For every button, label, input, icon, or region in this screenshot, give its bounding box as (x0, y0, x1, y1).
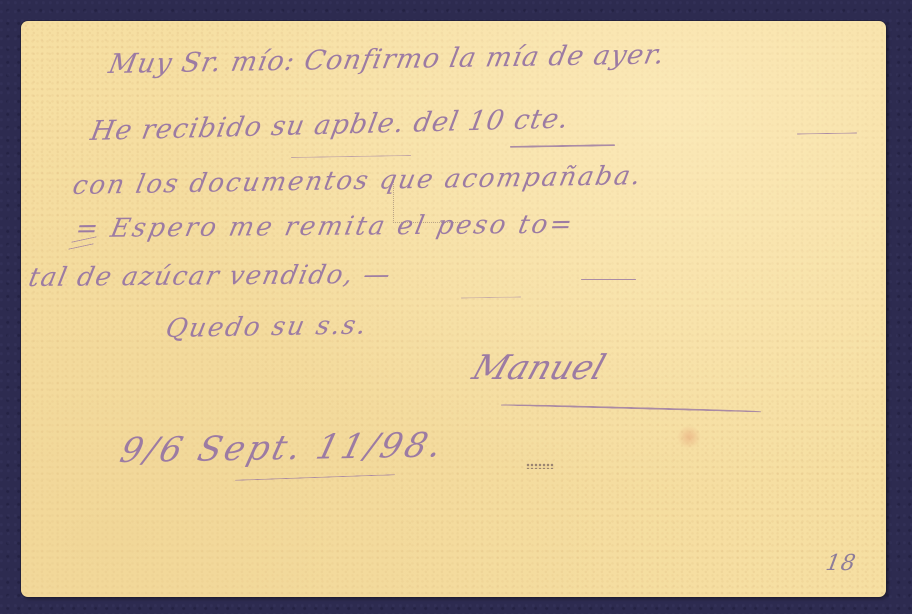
equals-mark-bottom (68, 243, 94, 249)
handwritten-line-salutation: Muy Sr. mío: Confirmo la mía de ayer. (106, 39, 668, 80)
handwritten-line-2: He recibido su apble. del 10 cte. (88, 103, 572, 147)
handwritten-closing: Quedo su s.s. (163, 310, 370, 344)
underline-date (235, 474, 395, 481)
handwritten-line-5: tal de azúcar vendido, — (26, 260, 394, 293)
overline-mark-2 (461, 296, 521, 298)
underline-cte (797, 132, 857, 134)
paper-stain (676, 426, 702, 448)
handwritten-line-3: con los documentos que acompañaba. (70, 161, 645, 201)
ink-blot (526, 463, 554, 469)
signature-flourish (501, 404, 761, 413)
postcard: Muy Sr. mío: Confirmo la mía de ayer. He… (21, 21, 886, 597)
handwritten-date: 9/6 Sept. 11/98. (116, 425, 449, 471)
handwritten-line-4: = Espero me remita el peso to= (73, 210, 577, 244)
underline-apble (510, 144, 615, 148)
closing-dash (581, 279, 636, 280)
page-number: 18 (824, 551, 858, 576)
overline-mark (291, 155, 411, 158)
signature: Manuel (468, 348, 611, 388)
